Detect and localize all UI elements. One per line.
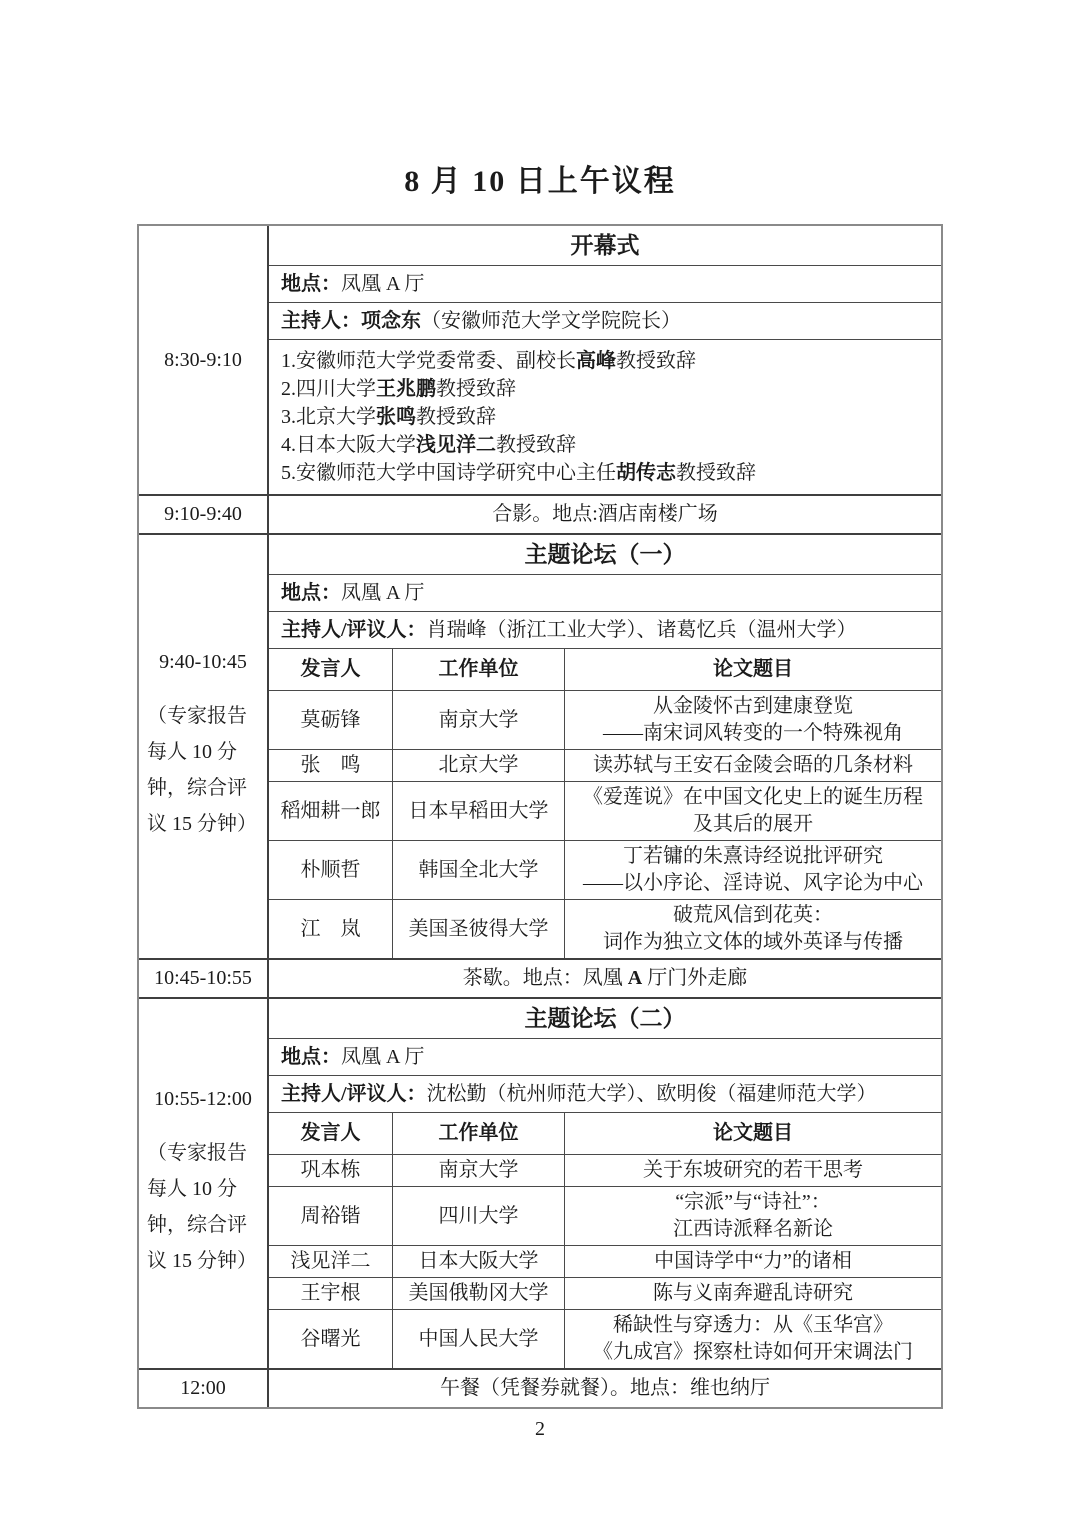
location-value: 凤凰 A 厅 — [341, 582, 424, 604]
title-cell: 《爱莲说》在中国文化史上的诞生历程及其后的展开 — [565, 782, 941, 840]
opening-content: 开幕式 地点：凤凰 A 厅 主持人：项念东（安徽师范大学文学院院长） 1.安徽师… — [269, 226, 941, 494]
time-text: 8:30-9:10 — [164, 349, 242, 372]
speaker-cell: 江 岚 — [269, 900, 393, 958]
table-row: 王宇根 美国俄勒冈大学 陈与义南奔避乱诗研究 — [269, 1277, 941, 1309]
table-header-row: 发言人 工作单位 论文题目 — [269, 1113, 941, 1154]
table-row: 朴顺哲 韩国全北大学 丁若镛的朱熹诗经说批评研究——以小序论、淫诗说、风字论为中… — [269, 840, 941, 899]
speaker-cell: 谷曙光 — [269, 1310, 393, 1368]
forum2-table: 发言人 工作单位 论文题目 巩本栋 南京大学 关于东坡研究的若干思考 周裕锴 四… — [269, 1113, 941, 1368]
photo-time-cell: 9:10-9:40 — [139, 496, 269, 533]
tea-content: 茶歇。地点：凤凰 A 厅门外走廊 — [269, 960, 941, 997]
col-speaker: 发言人 — [269, 649, 393, 690]
location-row: 地点：凤凰 A 厅 — [269, 1039, 941, 1076]
hosts-row: 主持人/评议人：肖瑞峰（浙江工业大学）、诸葛忆兵（温州大学） — [269, 612, 941, 649]
speech-name: 王兆鹏 — [376, 378, 436, 400]
speech-text: 教授致辞 — [416, 406, 496, 428]
affiliation-cell: 北京大学 — [393, 750, 565, 781]
title-line: 读苏轼与王安石金陵会晤的几条材料 — [593, 752, 913, 779]
affiliation-cell: 四川大学 — [393, 1187, 565, 1245]
title-line: “宗派”与“诗社”： — [675, 1189, 831, 1216]
title-cell: 中国诗学中“力”的诸相 — [565, 1246, 941, 1277]
affiliation-cell: 美国俄勒冈大学 — [393, 1278, 565, 1309]
title-line: 从金陵怀古到建康登览 — [653, 693, 853, 720]
location-row: 地点：凤凰 A 厅 — [269, 266, 941, 303]
speaker-cell: 巩本栋 — [269, 1155, 393, 1186]
host-label: 主持人：项念东 — [281, 310, 421, 332]
hosts-value: 肖瑞峰（浙江工业大学）、诸葛忆兵（温州大学） — [427, 619, 857, 641]
forum1-table: 发言人 工作单位 论文题目 莫砺锋 南京大学 从金陵怀古到建康登览——南宋词风转… — [269, 649, 941, 958]
title-line: 《九成宫》探察杜诗如何开宋调法门 — [593, 1339, 913, 1366]
table-row: 莫砺锋 南京大学 从金陵怀古到建康登览——南宋词风转变的一个特殊视角 — [269, 690, 941, 749]
time-text: 9:40-10:45 — [159, 651, 247, 674]
table-row: 谷曙光 中国人民大学 稀缺性与穿透力：从《玉华宫》《九成宫》探察杜诗如何开宋调法… — [269, 1309, 941, 1368]
title-line: 丁若镛的朱熹诗经说批评研究 — [623, 843, 883, 870]
col-speaker: 发言人 — [269, 1113, 393, 1154]
title-line: 稀缺性与穿透力：从《玉华宫》 — [613, 1312, 893, 1339]
time-note: （专家报告每人 10 分钟，综合评议 15 分钟） — [147, 1135, 259, 1279]
title-line: 江西诗派释名新论 — [673, 1216, 833, 1243]
affiliation-cell: 韩国全北大学 — [393, 841, 565, 899]
title-cell: 破荒风信到花英：词作为独立文体的域外英译与传播 — [565, 900, 941, 958]
speech-name: 高峰 — [576, 350, 616, 372]
host-row: 主持人：项念东（安徽师范大学文学院院长） — [269, 303, 941, 340]
speech-text: 4.日本大阪大学 — [281, 434, 416, 456]
time-text: 12:00 — [180, 1377, 226, 1400]
speech-text: 教授致辞 — [496, 434, 576, 456]
section-title: 主题论坛（二） — [269, 999, 941, 1039]
forum2-time-cell: 10:55-12:00 （专家报告每人 10 分钟，综合评议 15 分钟） — [139, 999, 269, 1368]
speech-name: 胡传志 — [616, 462, 676, 484]
hosts-row: 主持人/评议人：沈松勤（杭州师范大学）、欧明俊（福建师范大学） — [269, 1076, 941, 1113]
photo-text: 合影。地点:酒店南楼广场 — [269, 496, 941, 533]
forum1-content: 主题论坛（一） 地点：凤凰 A 厅 主持人/评议人：肖瑞峰（浙江工业大学）、诸葛… — [269, 535, 941, 958]
title-line: ——南宋词风转变的一个特殊视角 — [603, 720, 903, 747]
tea-text-bold: A — [628, 967, 642, 989]
photo-row: 9:10-9:40 合影。地点:酒店南楼广场 — [139, 494, 941, 533]
location-value: 凤凰 A 厅 — [341, 273, 424, 295]
table-row: 张 鸣 北京大学 读苏轼与王安石金陵会晤的几条材料 — [269, 749, 941, 781]
affiliation-cell: 美国圣彼得大学 — [393, 900, 565, 958]
title-line: 陈与义南奔避乱诗研究 — [653, 1280, 853, 1307]
affiliation-cell: 日本早稻田大学 — [393, 782, 565, 840]
time-text: 9:10-9:40 — [164, 503, 242, 526]
table-row: 江 岚 美国圣彼得大学 破荒风信到花英：词作为独立文体的域外英译与传播 — [269, 899, 941, 958]
location-label: 地点： — [281, 1046, 341, 1068]
table-row: 周裕锴 四川大学 “宗派”与“诗社”：江西诗派释名新论 — [269, 1186, 941, 1245]
speaker-cell: 稻畑耕一郎 — [269, 782, 393, 840]
speech-text: 1.安徽师范大学党委常委、副校长 — [281, 350, 576, 372]
host-detail: （安徽师范大学文学院院长） — [421, 310, 681, 332]
time-note: （专家报告每人 10 分钟，综合评议 15 分钟） — [147, 698, 259, 842]
forum2-content: 主题论坛（二） 地点：凤凰 A 厅 主持人/评议人：沈松勤（杭州师范大学）、欧明… — [269, 999, 941, 1368]
time-text: 10:55-12:00 — [154, 1088, 252, 1111]
speech-text: 教授致辞 — [676, 462, 756, 484]
title-cell: 关于东坡研究的若干思考 — [565, 1155, 941, 1186]
time-text: 10:45-10:55 — [154, 967, 252, 990]
hosts-label: 主持人/评议人： — [281, 1083, 427, 1105]
speaker-cell: 张 鸣 — [269, 750, 393, 781]
affiliation-cell: 中国人民大学 — [393, 1310, 565, 1368]
lunch-content: 午餐（凭餐券就餐）。地点：维也纳厅 — [269, 1370, 941, 1407]
title-line: 破荒风信到花英： — [673, 902, 833, 929]
table-row: 巩本栋 南京大学 关于东坡研究的若干思考 — [269, 1154, 941, 1186]
col-title: 论文题目 — [565, 1113, 941, 1154]
speech-name: 张鸣 — [376, 406, 416, 428]
col-affiliation: 工作单位 — [393, 649, 565, 690]
speech-text: 2.四川大学 — [281, 378, 376, 400]
section-title: 主题论坛（一） — [269, 535, 941, 575]
col-title: 论文题目 — [565, 649, 941, 690]
title-line: 关于东坡研究的若干思考 — [643, 1157, 863, 1184]
location-label: 地点： — [281, 582, 341, 604]
speech-text: 3.北京大学 — [281, 406, 376, 428]
title-line: 及其后的展开 — [693, 811, 813, 838]
hosts-value: 沈松勤（杭州师范大学）、欧明俊（福建师范大学） — [427, 1083, 877, 1105]
speech-item: 3.北京大学张鸣教授致辞 — [281, 403, 929, 431]
title-cell: 从金陵怀古到建康登览——南宋词风转变的一个特殊视角 — [565, 691, 941, 749]
agenda-table: 8:30-9:10 开幕式 地点：凤凰 A 厅 主持人：项念东（安徽师范大学文学… — [137, 224, 943, 1409]
speaker-cell: 莫砺锋 — [269, 691, 393, 749]
speech-item: 4.日本大阪大学浅见洋二教授致辞 — [281, 431, 929, 459]
table-row: 稻畑耕一郎 日本早稻田大学 《爱莲说》在中国文化史上的诞生历程及其后的展开 — [269, 781, 941, 840]
forum2-row: 10:55-12:00 （专家报告每人 10 分钟，综合评议 15 分钟） 主题… — [139, 997, 941, 1368]
affiliation-cell: 日本大阪大学 — [393, 1246, 565, 1277]
table-header-row: 发言人 工作单位 论文题目 — [269, 649, 941, 690]
speech-item: 5.安徽师范大学中国诗学研究中心主任胡传志教授致辞 — [281, 459, 929, 487]
affiliation-cell: 南京大学 — [393, 691, 565, 749]
location-label: 地点： — [281, 273, 341, 295]
page-title: 8 月 10 日上午议程 — [0, 156, 1080, 200]
location-value: 凤凰 A 厅 — [341, 1046, 424, 1068]
hosts-label: 主持人/评议人： — [281, 619, 427, 641]
speech-item: 1.安徽师范大学党委常委、副校长高峰教授致辞 — [281, 347, 929, 375]
speaker-cell: 周裕锴 — [269, 1187, 393, 1245]
section-title: 开幕式 — [269, 226, 941, 266]
speech-text: 教授致辞 — [436, 378, 516, 400]
col-affiliation: 工作单位 — [393, 1113, 565, 1154]
title-cell: 读苏轼与王安石金陵会晤的几条材料 — [565, 750, 941, 781]
speaker-cell: 朴顺哲 — [269, 841, 393, 899]
title-cell: 陈与义南奔避乱诗研究 — [565, 1278, 941, 1309]
title-line: 中国诗学中“力”的诸相 — [654, 1248, 852, 1275]
lunch-time-cell: 12:00 — [139, 1370, 269, 1407]
tea-time-cell: 10:45-10:55 — [139, 960, 269, 997]
speech-name: 浅见洋二 — [416, 434, 496, 456]
table-row: 浅见洋二 日本大阪大学 中国诗学中“力”的诸相 — [269, 1245, 941, 1277]
tea-text: 茶歇。地点：凤凰 A 厅门外走廊 — [269, 960, 941, 997]
speaker-cell: 王宇根 — [269, 1278, 393, 1309]
speech-list: 1.安徽师范大学党委常委、副校长高峰教授致辞 2.四川大学王兆鹏教授致辞 3.北… — [269, 340, 941, 494]
title-line: 《爱莲说》在中国文化史上的诞生历程 — [583, 784, 923, 811]
forum1-row: 9:40-10:45 （专家报告每人 10 分钟，综合评议 15 分钟） 主题论… — [139, 533, 941, 958]
title-cell: 丁若镛的朱熹诗经说批评研究——以小序论、淫诗说、风字论为中心 — [565, 841, 941, 899]
title-cell: “宗派”与“诗社”：江西诗派释名新论 — [565, 1187, 941, 1245]
title-line: 词作为独立文体的域外英译与传播 — [603, 929, 903, 956]
location-row: 地点：凤凰 A 厅 — [269, 575, 941, 612]
opening-time-cell: 8:30-9:10 — [139, 226, 269, 494]
forum1-time-cell: 9:40-10:45 （专家报告每人 10 分钟，综合评议 15 分钟） — [139, 535, 269, 958]
speech-item: 2.四川大学王兆鹏教授致辞 — [281, 375, 929, 403]
speaker-cell: 浅见洋二 — [269, 1246, 393, 1277]
title-line: ——以小序论、淫诗说、风字论为中心 — [583, 870, 923, 897]
page-number: 2 — [0, 1418, 1080, 1441]
title-cell: 稀缺性与穿透力：从《玉华宫》《九成宫》探察杜诗如何开宋调法门 — [565, 1310, 941, 1368]
speech-text: 5.安徽师范大学中国诗学研究中心主任 — [281, 462, 616, 484]
affiliation-cell: 南京大学 — [393, 1155, 565, 1186]
photo-content: 合影。地点:酒店南楼广场 — [269, 496, 941, 533]
opening-row: 8:30-9:10 开幕式 地点：凤凰 A 厅 主持人：项念东（安徽师范大学文学… — [139, 226, 941, 494]
lunch-row: 12:00 午餐（凭餐券就餐）。地点：维也纳厅 — [139, 1368, 941, 1407]
tea-text-pre: 茶歇。地点：凤凰 — [463, 967, 628, 989]
lunch-text: 午餐（凭餐券就餐）。地点：维也纳厅 — [269, 1370, 941, 1407]
speech-text: 教授致辞 — [616, 350, 696, 372]
tea-text-post: 厅门外走廊 — [642, 967, 747, 989]
tea-row: 10:45-10:55 茶歇。地点：凤凰 A 厅门外走廊 — [139, 958, 941, 997]
